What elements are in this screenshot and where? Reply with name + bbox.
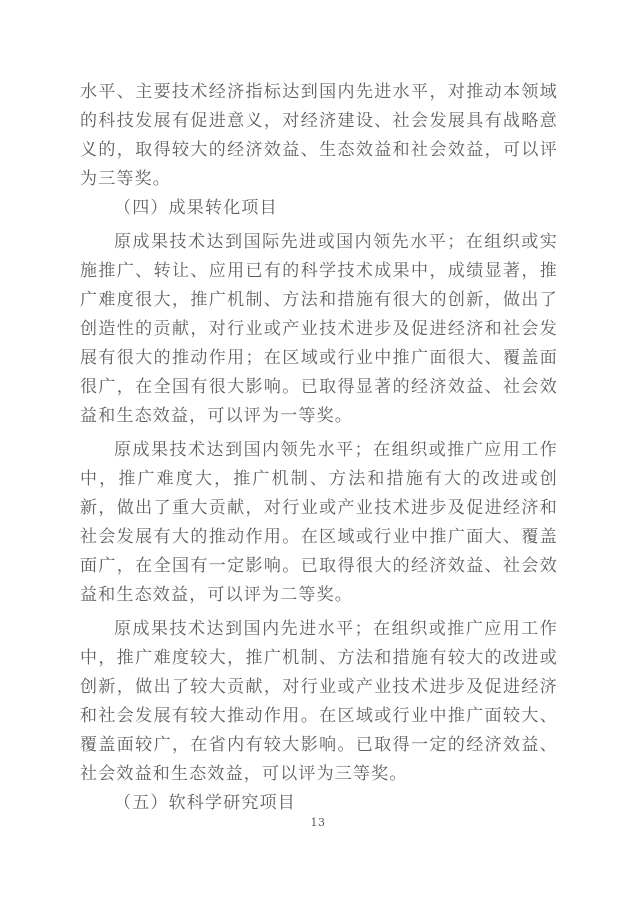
- paragraph-second-prize: 原成果技术达到国内领先水平；在组织或推广应用工作中，推广难度大，推广机制、方法和…: [80, 436, 558, 610]
- page-number: 13: [0, 816, 636, 829]
- document-text-block: 水平、主要技术经济指标达到国内先进水平，对推动本领域的科技发展有促进意义，对经济…: [80, 78, 558, 818]
- paragraph-continuation: 水平、主要技术经济指标达到国内先进水平，对推动本领域的科技发展有促进意义，对经济…: [80, 78, 558, 194]
- document-page: 水平、主要技术经济指标达到国内先进水平，对推动本领域的科技发展有促进意义，对经济…: [0, 0, 636, 900]
- paragraph-first-prize: 原成果技术达到国际先进或国内领先水平；在组织或实施推广、转让、应用已有的科学技术…: [80, 228, 558, 431]
- section-heading-5: （五）软科学研究项目: [80, 789, 558, 818]
- paragraph-third-prize: 原成果技术达到国内先进水平；在组织或推广应用工作中，推广难度较大，推广机制、方法…: [80, 615, 558, 789]
- section-heading-4: （四）成果转化项目: [80, 194, 558, 223]
